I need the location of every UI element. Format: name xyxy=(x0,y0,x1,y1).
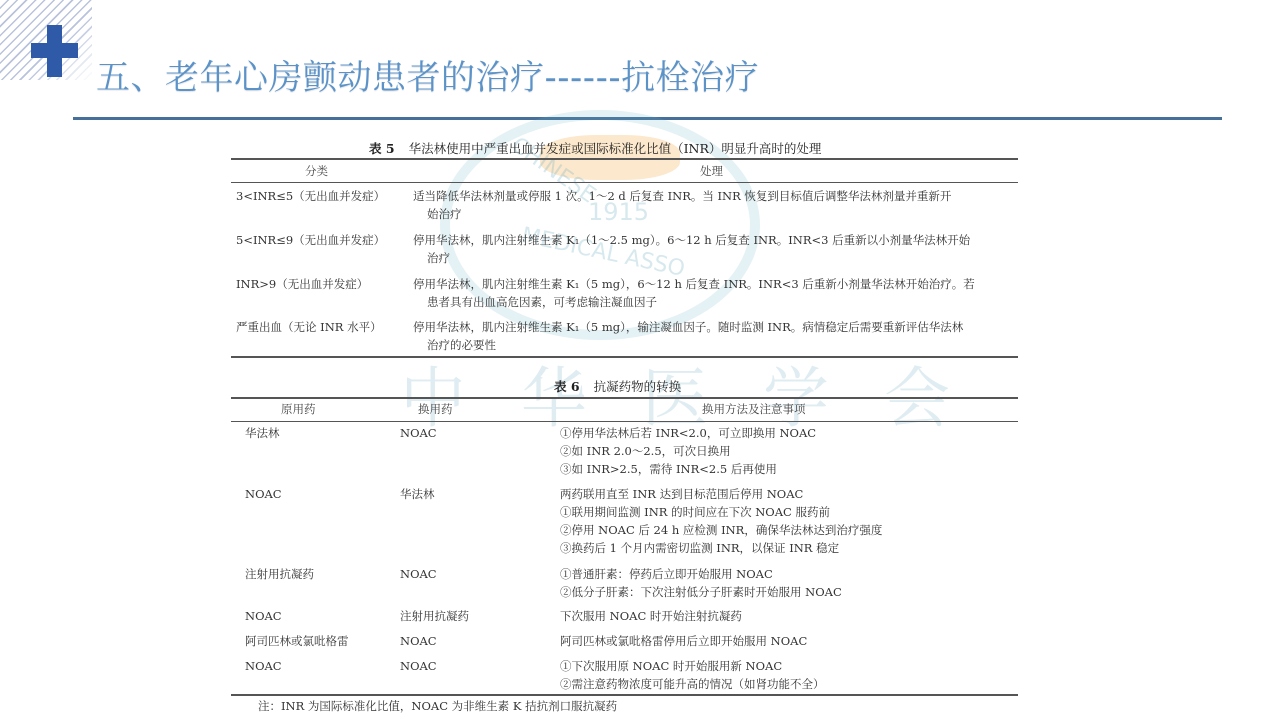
table6-row6-note2: ②需注意药物浓度可能升高的情况（如肾功能不全） xyxy=(560,675,825,693)
table6-label: 表 6 xyxy=(554,379,580,394)
table6-row2-note4: ③换药后 1 个月内需密切监测 INR，以保证 INR 稳定 xyxy=(560,539,839,557)
table6-row2-note3: ②停用 NOAC 后 24 h 应检测 INR，确保华法林达到治疗强度 xyxy=(560,521,882,539)
table5-header-action: 处理 xyxy=(700,162,723,180)
table5-row4-category: 严重出血（无论 INR 水平） xyxy=(236,318,382,336)
table6-row2-to: 华法林 xyxy=(400,485,435,503)
title-divider xyxy=(73,117,1222,120)
table5-row2-category: 5<INR≤9（无出血并发症） xyxy=(236,231,385,249)
table5-header-rule xyxy=(231,182,1018,183)
table6-header-from: 原用药 xyxy=(281,400,316,418)
table6-top-rule xyxy=(231,397,1018,399)
table6-row5-from: 阿司匹林或氯吡格雷 xyxy=(245,632,349,650)
table6-row4-from: NOAC xyxy=(245,607,282,625)
table5-row2-action-cont: 治疗 xyxy=(427,249,450,267)
table6-row2-note2: ①联用期间监测 INR 的时间应在下次 NOAC 服药前 xyxy=(560,503,830,521)
table6-row1-note1: ①停用华法林后若 INR<2.0，可立即换用 NOAC xyxy=(560,424,816,442)
table5-label: 表 5 xyxy=(369,141,395,156)
table5-row1-action-cont: 始治疗 xyxy=(427,205,462,223)
table6-title: 抗凝药物的转换 xyxy=(594,379,682,394)
table6-row4-note1: 下次服用 NOAC 时开始注射抗凝药 xyxy=(560,607,742,625)
table6-row1-note2: ②如 INR 2.0～2.5，可次日换用 xyxy=(560,442,731,460)
table6-row5-to: NOAC xyxy=(400,632,437,650)
table6-row5-note1: 阿司匹林或氯吡格雷停用后立即开始服用 NOAC xyxy=(560,632,807,650)
slide-title: 五、老年心房颤动患者的治疗------抗栓治疗 xyxy=(96,50,759,99)
table6-row6-to: NOAC xyxy=(400,657,437,675)
table6-header-notes: 换用方法及注意事项 xyxy=(702,400,806,418)
table6-row6-note1: ①下次服用原 NOAC 时开始服用新 NOAC xyxy=(560,657,782,675)
table5-row4-action: 停用华法林，肌内注射维生素 K₁（5 mg），输注凝血因子。随时监测 INR。病… xyxy=(413,318,963,336)
table6-row2-from: NOAC xyxy=(245,485,282,503)
table6-row3-from: 注射用抗凝药 xyxy=(245,565,314,583)
table6-row6-from: NOAC xyxy=(245,657,282,675)
table6-header-rule xyxy=(231,421,1018,422)
table5-top-rule xyxy=(231,158,1018,160)
table6-bottom-rule xyxy=(231,694,1018,696)
table5-row1-action: 适当降低华法林剂量或停服 1 次。1～2 d 后复查 INR。当 INR 恢复到… xyxy=(413,187,951,205)
plus-cross-icon xyxy=(31,25,78,77)
table6-row2-note1: 两药联用直至 INR 达到目标范围后停用 NOAC xyxy=(560,485,803,503)
table6-row1-to: NOAC xyxy=(400,424,437,442)
table6-row3-note2: ②低分子肝素：下次注射低分子肝素时开始服用 NOAC xyxy=(560,583,842,601)
table6-row1-from: 华法林 xyxy=(245,424,280,442)
table6-row3-to: NOAC xyxy=(400,565,437,583)
table6-row4-to: 注射用抗凝药 xyxy=(400,607,469,625)
table5-bottom-rule xyxy=(231,356,1018,358)
table5-row4-action-cont: 治疗的必要性 xyxy=(427,336,496,354)
table6-row1-note3: ③如 INR>2.5，需待 INR<2.5 后再使用 xyxy=(560,460,777,478)
table6-caption: 表 6抗凝药物的转换 xyxy=(554,377,681,395)
table5-title: 华法林使用中严重出血并发症或国际标准化比值（INR）明显升高时的处理 xyxy=(409,141,822,156)
table5-header-category: 分类 xyxy=(305,162,328,180)
table6-row3-note1: ①普通肝素：停药后立即开始服用 NOAC xyxy=(560,565,773,583)
table6-header-to: 换用药 xyxy=(418,400,453,418)
table6-footnote: 注：INR 为国际标准化比值，NOAC 为非维生素 K 拮抗剂口服抗凝药 xyxy=(258,698,617,714)
table5-row3-category: INR>9（无出血并发症） xyxy=(236,275,368,293)
table5-row3-action: 停用华法林，肌内注射维生素 K₁（5 mg），6～12 h 后复查 INR。IN… xyxy=(413,275,975,293)
table5-caption: 表 5华法林使用中严重出血并发症或国际标准化比值（INR）明显升高时的处理 xyxy=(369,139,821,157)
table5-row2-action: 停用华法林，肌内注射维生素 K₁（1～2.5 mg）。6～12 h 后复查 IN… xyxy=(413,231,970,249)
table5-row1-category: 3<INR≤5（无出血并发症） xyxy=(236,187,385,205)
table5-row3-action-cont: 患者具有出血高危因素，可考虑输注凝血因子 xyxy=(427,293,657,311)
